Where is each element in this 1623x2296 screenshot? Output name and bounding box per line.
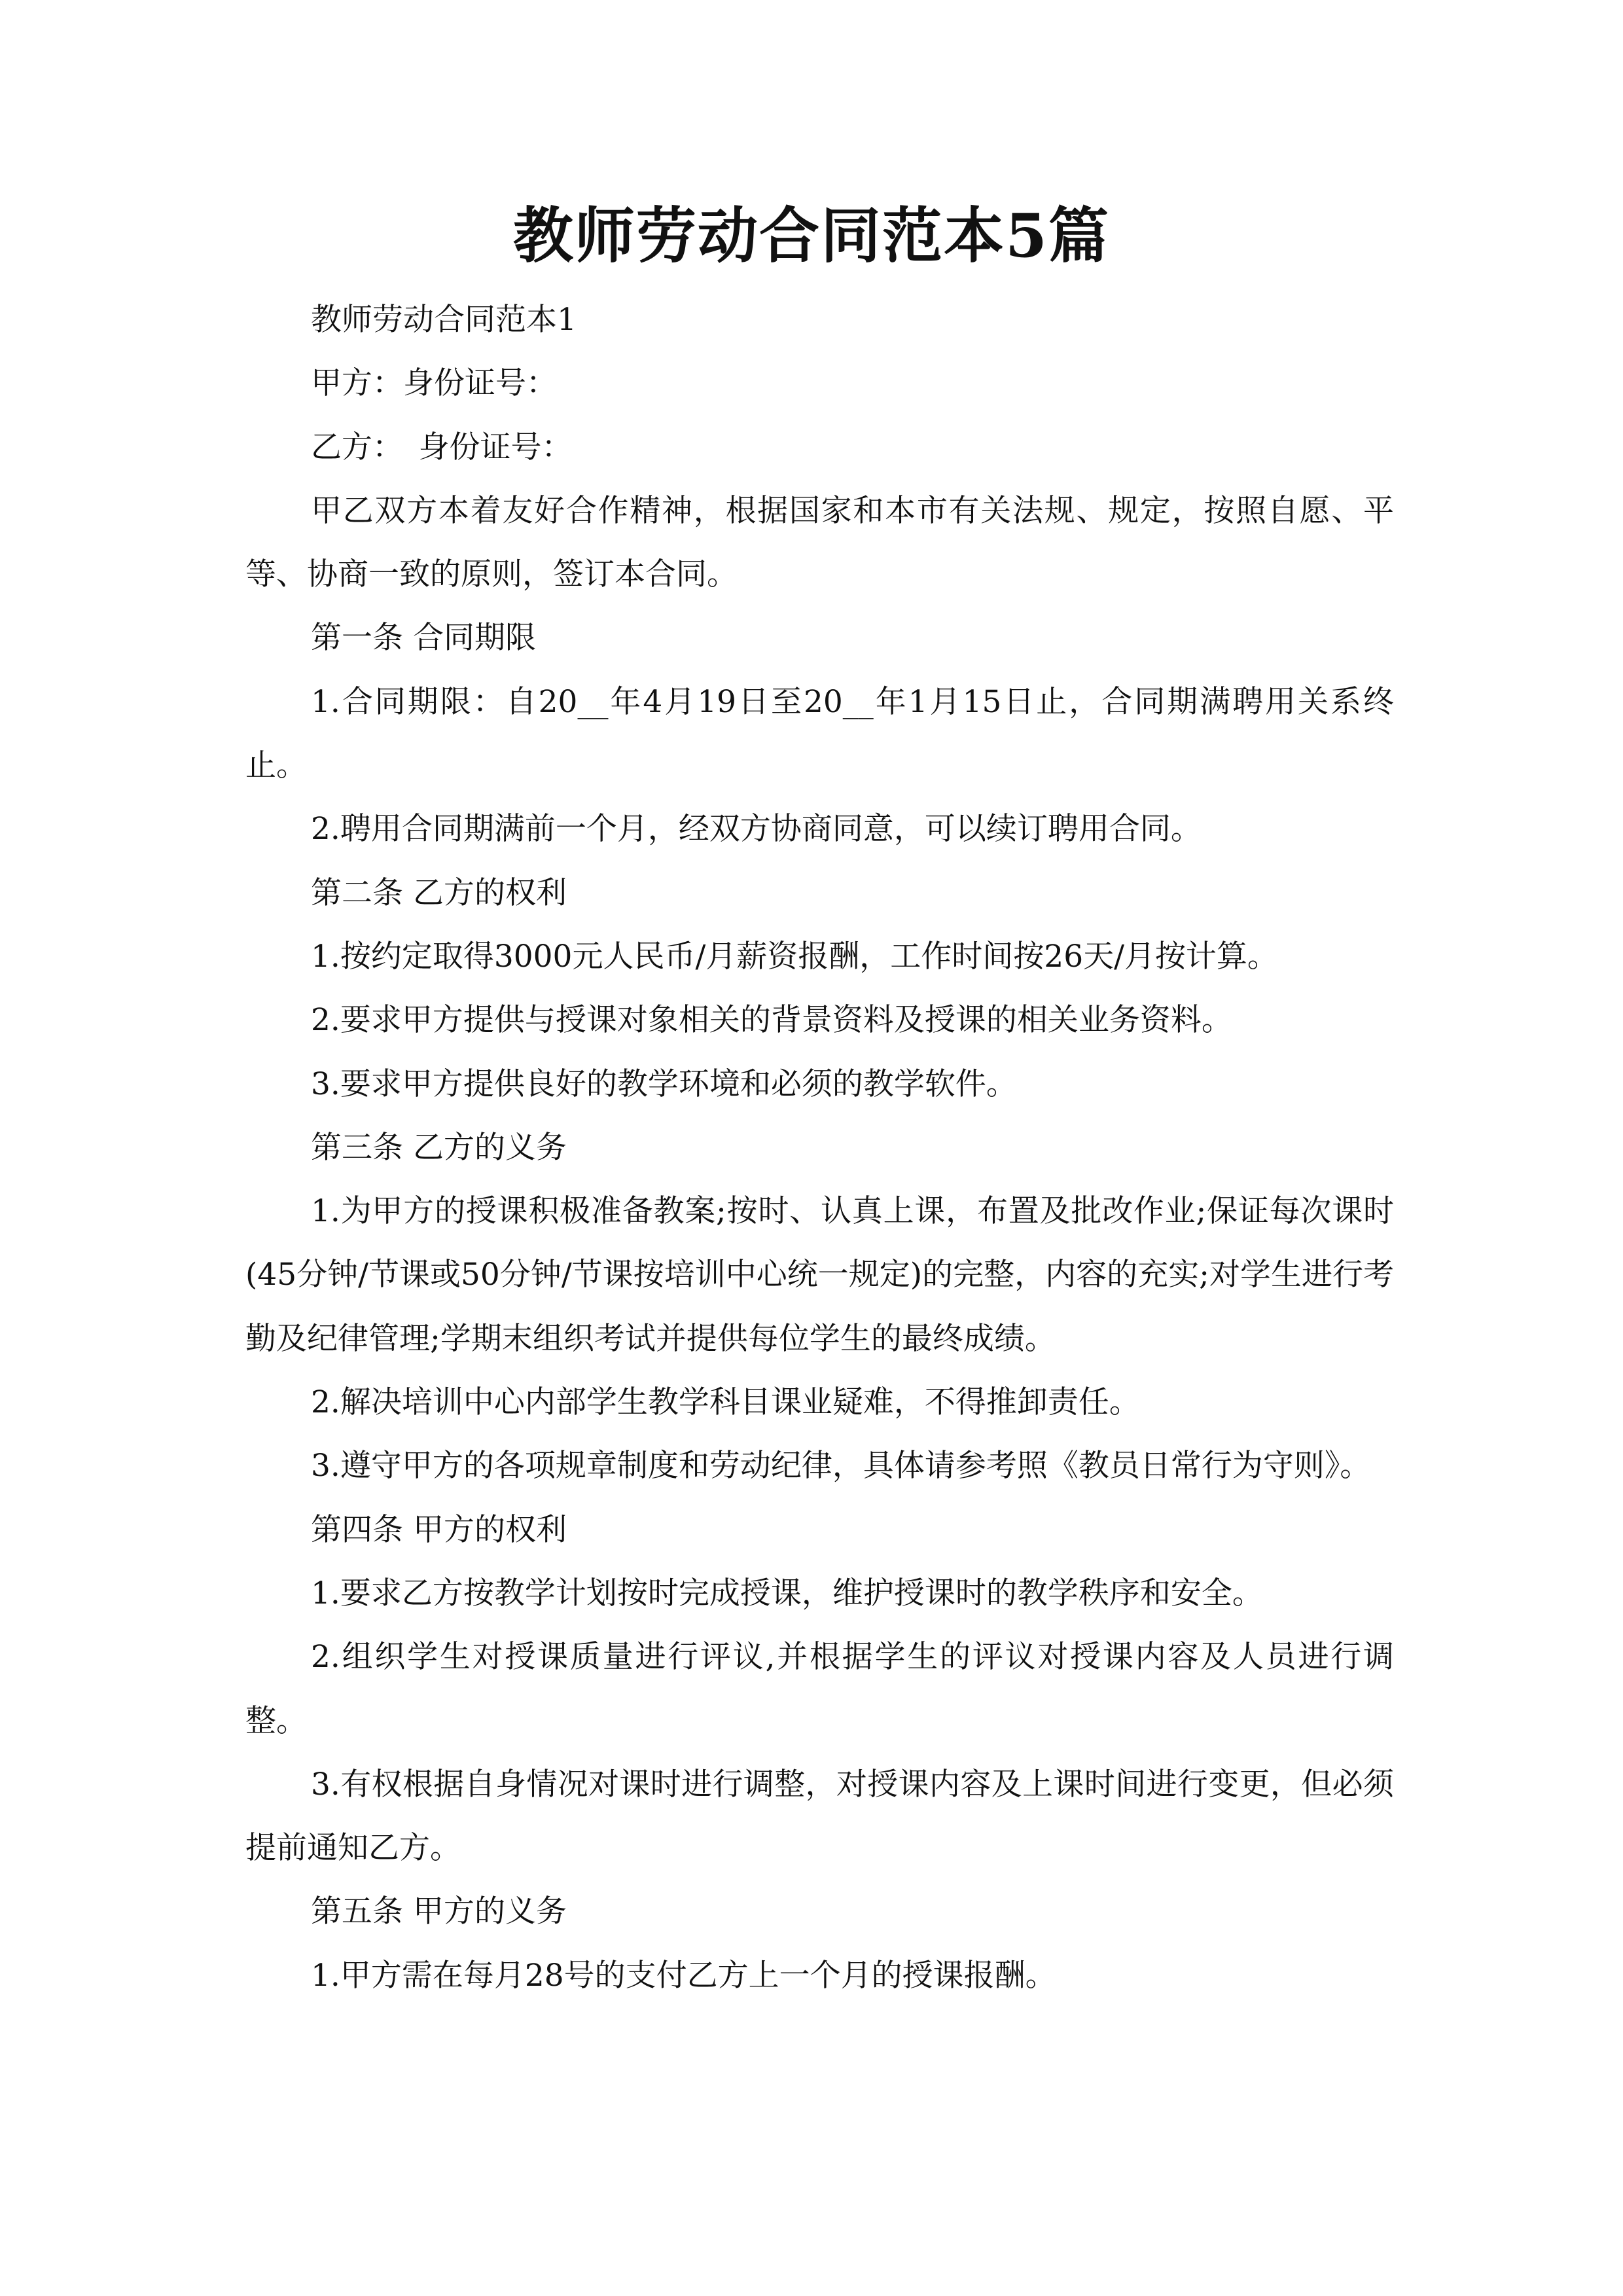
article-2-heading: 第二条 乙方的权利 xyxy=(245,861,1394,925)
article-4-clause-3: 3.有权根据自身情况对课时进行调整，对授课内容及上课时间进行变更，但必须提前通知… xyxy=(245,1753,1394,1880)
article-2-clause-2: 2.要求甲方提供与授课对象相关的背景资料及授课的相关业务资料。 xyxy=(245,988,1394,1052)
article-4-heading: 第四条 甲方的权利 xyxy=(245,1498,1394,1562)
article-1-clause-1: 1.合同期限：自20__年4月19日至20__年1月15日止，合同期满聘用关系终… xyxy=(245,670,1394,798)
article-1-heading: 第一条 合同期限 xyxy=(245,606,1394,670)
article-5-clause-1: 1.甲方需在每月28号的支付乙方上一个月的授课报酬。 xyxy=(245,1944,1394,2007)
party-b-field: 乙方： 身份证号： xyxy=(245,416,1394,479)
document-body: 教师劳动合同范本1 甲方：身份证号： 乙方： 身份证号： 甲乙双方本着友好合作精… xyxy=(245,288,1394,2007)
preamble-paragraph: 甲乙双方本着友好合作精神，根据国家和本市有关法规、规定，按照自愿、平等、协商一致… xyxy=(245,479,1394,607)
article-3-clause-3: 3.遵守甲方的各项规章制度和劳动纪律，具体请参考照《教员日常行为守则》。 xyxy=(245,1434,1394,1498)
article-1-clause-2: 2.聘用合同期满前一个月，经双方协商同意，可以续订聘用合同。 xyxy=(245,797,1394,861)
article-4-clause-2: 2.组织学生对授课质量进行评议,并根据学生的评议对授课内容及人员进行调整。 xyxy=(245,1625,1394,1753)
article-2-clause-1: 1.按约定取得3000元人民币/月薪资报酬，工作时间按26天/月按计算。 xyxy=(245,925,1394,988)
party-a-field: 甲方：身份证号： xyxy=(245,351,1394,415)
article-3-clause-2: 2.解决培训中心内部学生教学科目课业疑难，不得推卸责任。 xyxy=(245,1371,1394,1434)
document-page: 教师劳动合同范本5篇 教师劳动合同范本1 甲方：身份证号： 乙方： 身份证号： … xyxy=(0,0,1623,2296)
article-3-clause-1: 1.为甲方的授课积极准备教案;按时、认真上课，布置及批改作业;保证每次课时(45… xyxy=(245,1179,1394,1371)
document-title: 教师劳动合同范本5篇 xyxy=(0,196,1623,275)
contract-subtitle: 教师劳动合同范本1 xyxy=(245,288,1394,351)
article-3-heading: 第三条 乙方的义务 xyxy=(245,1116,1394,1179)
article-2-clause-3: 3.要求甲方提供良好的教学环境和必须的教学软件。 xyxy=(245,1052,1394,1116)
article-4-clause-1: 1.要求乙方按教学计划按时完成授课，维护授课时的教学秩序和安全。 xyxy=(245,1562,1394,1625)
article-5-heading: 第五条 甲方的义务 xyxy=(245,1880,1394,1943)
